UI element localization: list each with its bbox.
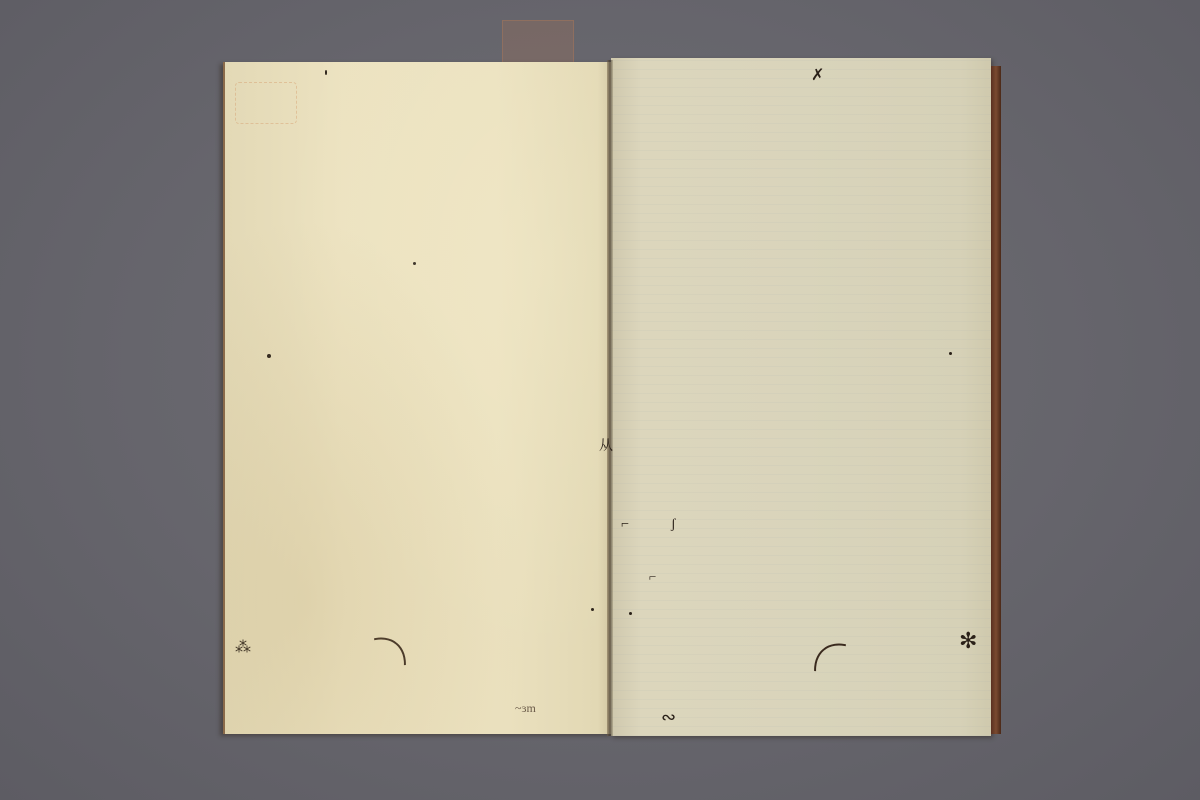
worm-track xyxy=(798,628,907,741)
worm-track xyxy=(312,622,421,735)
gutter-mark: 从 xyxy=(599,440,613,454)
wormhole xyxy=(267,354,271,358)
wormhole xyxy=(325,70,327,75)
book-gutter xyxy=(607,60,613,736)
damage-mark: ⌐ xyxy=(621,518,629,532)
damage-mark: ⁂ xyxy=(235,640,251,656)
wormhole xyxy=(629,612,632,615)
left-page: ⁂ ~ɜm xyxy=(223,62,613,734)
damage-mark: ✗ xyxy=(811,68,824,84)
spine-edge xyxy=(991,66,1001,734)
damage-mark: ✻ xyxy=(959,630,977,652)
pencil-mark: ~ɜm xyxy=(515,702,536,714)
damage-mark: ∾ xyxy=(661,708,676,726)
open-book: ⁂ ~ɜm ✗ ⌐ ʃ ⌐ ∾ ✻ 卜方 印 32 65 从 xyxy=(219,56,1005,740)
wormhole xyxy=(949,352,952,355)
damage-mark: ⌐ xyxy=(649,570,656,583)
corner-stain xyxy=(235,82,297,124)
wormhole xyxy=(413,262,416,265)
right-page: ✗ ⌐ ʃ ⌐ ∾ ✻ 卜方 印 32 65 xyxy=(611,58,991,736)
wormhole xyxy=(591,608,594,611)
damage-mark: ʃ xyxy=(671,518,676,532)
